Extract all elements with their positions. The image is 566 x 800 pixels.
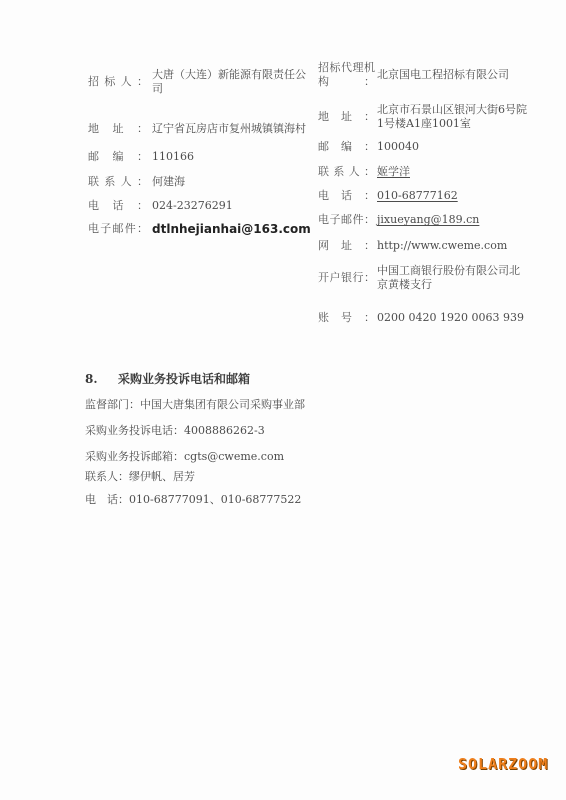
section-title: 采购业务投诉电话和邮箱 [118, 372, 250, 387]
agency-row-postcode: 邮编： 100040 [318, 140, 530, 154]
postcode-value: 110166 [152, 150, 312, 164]
phone-value: 024-23276291 [152, 199, 312, 213]
agency-postcode-label: 邮编： [318, 140, 375, 154]
section-number: 8. [85, 372, 118, 387]
solarzoom-watermark: SOLARZOOM [458, 757, 548, 771]
agency-contact-label: 联系人： [318, 165, 375, 179]
address-label: 地址： [88, 122, 148, 136]
email-label: 电子邮件： [88, 222, 148, 236]
agency-contact-value: 姬学洋 [377, 165, 530, 179]
complaint-contact-phone-line: 电 话：010-68777091、010-68777522 [85, 493, 525, 507]
agency-row-website: 网址： http://www.cweme.com [318, 239, 530, 253]
agency-row-name: 招标代理机构： 北京国电工程招标有限公司 [318, 61, 530, 89]
tenderer-row-address: 地址： 辽宁省瓦房店市复州城镇镇海村 [88, 122, 312, 136]
postcode-label: 邮编： [88, 150, 148, 164]
agency-row-address: 地址： 北京市石景山区银河大街6号院1号楼A1座1001室 [318, 103, 530, 131]
tenderer-row-contact: 联系人： 何建海 [88, 175, 312, 189]
agency-website-label: 网址： [318, 239, 375, 253]
tenderer-row-bidder: 招标人： 大唐（大连）新能源有限责任公司 [88, 68, 312, 96]
agency-row-bank: 开户银行： 中国工商银行股份有限公司北京黄楼支行 [318, 264, 530, 292]
phone-label: 电话： [88, 199, 148, 213]
bidder-value: 大唐（大连）新能源有限责任公司 [152, 68, 312, 96]
contact-value: 何建海 [152, 175, 312, 189]
tenderer-row-email: 电子邮件： dtlnhejianhai@163.com [88, 222, 312, 236]
agency-website-value: http://www.cweme.com [377, 239, 530, 253]
agency-label: 招标代理机构： [318, 61, 375, 89]
tenderer-row-postcode: 邮编： 110166 [88, 150, 312, 164]
complaint-section: 8. 采购业务投诉电话和邮箱 监督部门：中国大唐集团有限公司采购事业部 采购业务… [85, 372, 525, 507]
agency-account-value: 0200 0420 1920 0063 939 [377, 311, 530, 325]
agency-phone-label: 电话： [318, 189, 375, 203]
email-value: dtlnhejianhai@163.com [152, 222, 312, 236]
supervision-line: 监督部门：中国大唐集团有限公司采购事业部 [85, 398, 525, 412]
agency-info-column: 招标代理机构： 北京国电工程招标有限公司 地址： 北京市石景山区银河大街6号院1… [318, 61, 530, 325]
agency-bank-label: 开户银行： [318, 271, 375, 285]
agency-email-value: jixueyang@189.cn [377, 213, 530, 227]
agency-phone-value: 010-68777162 [377, 189, 530, 203]
contact-label: 联系人： [88, 175, 148, 189]
agency-email-label: 电子邮件： [318, 213, 375, 227]
complaint-contacts-line: 联系人：缪伊帆、居芳 [85, 470, 525, 484]
agency-address-value: 北京市石景山区银河大街6号院1号楼A1座1001室 [377, 103, 530, 131]
tenderer-info-column: 招标人： 大唐（大连）新能源有限责任公司 地址： 辽宁省瓦房店市复州城镇镇海村 … [88, 68, 312, 236]
agency-row-contact: 联系人： 姬学洋 [318, 165, 530, 179]
section-heading: 8. 采购业务投诉电话和邮箱 [85, 372, 525, 387]
agency-name-value: 北京国电工程招标有限公司 [377, 68, 530, 82]
bidder-label: 招标人： [88, 75, 148, 89]
complaint-phone-line: 采购业务投诉电话：4008886262-3 [85, 424, 525, 438]
tenderer-row-phone: 电话： 024-23276291 [88, 199, 312, 213]
agency-address-label: 地址： [318, 110, 375, 124]
address-value: 辽宁省瓦房店市复州城镇镇海村 [152, 122, 312, 136]
complaint-email-line: 采购业务投诉邮箱：cgts@cweme.com [85, 450, 525, 464]
agency-bank-value: 中国工商银行股份有限公司北京黄楼支行 [377, 264, 530, 292]
document-page: 招标人： 大唐（大连）新能源有限责任公司 地址： 辽宁省瓦房店市复州城镇镇海村 … [0, 0, 566, 800]
agency-postcode-value: 100040 [377, 140, 530, 154]
agency-row-account: 账号： 0200 0420 1920 0063 939 [318, 311, 530, 325]
agency-row-phone: 电话： 010-68777162 [318, 189, 530, 203]
agency-row-email: 电子邮件： jixueyang@189.cn [318, 213, 530, 227]
agency-account-label: 账号： [318, 311, 375, 325]
